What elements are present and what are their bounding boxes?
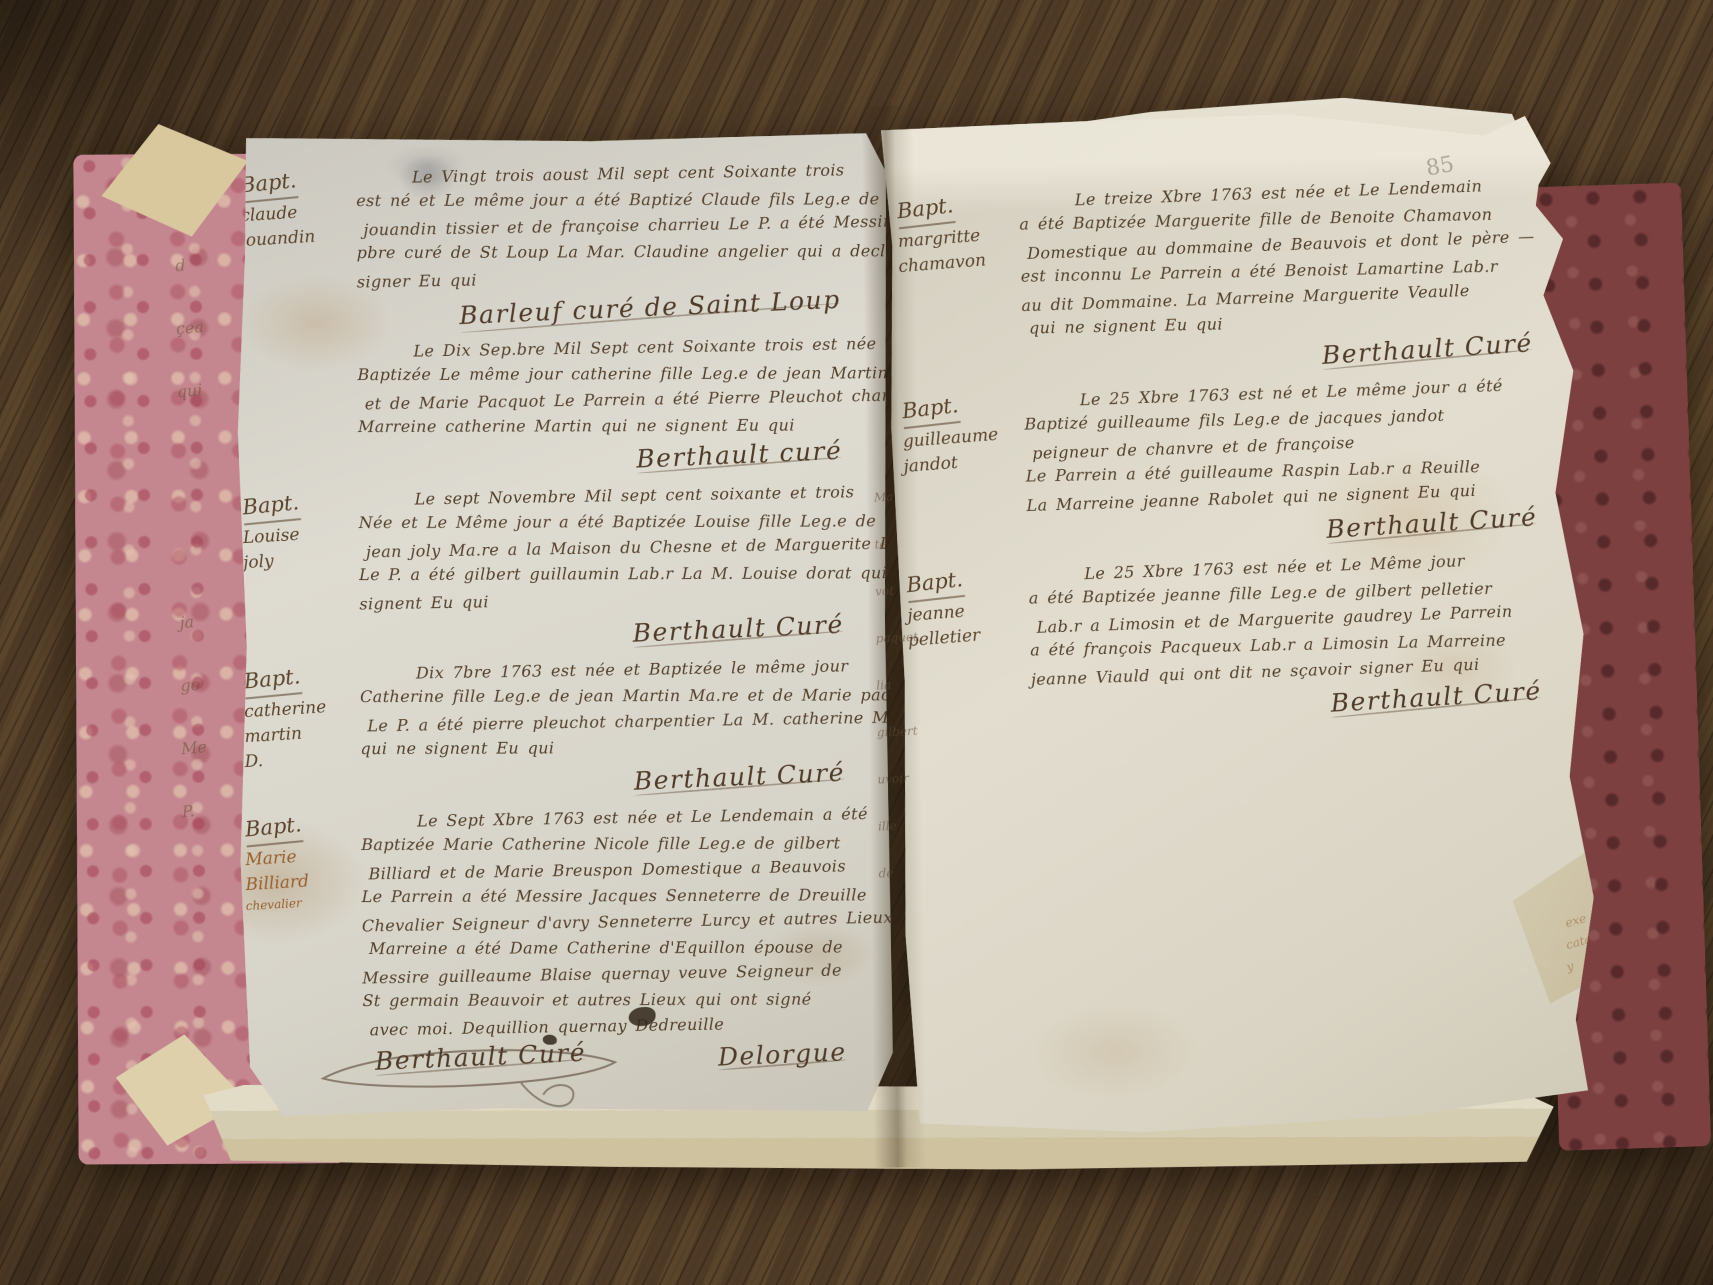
wooden-table: dçeaquijagoMeP. Bapt.claudejouandin Le V… bbox=[0, 0, 1713, 1285]
margin-label: Bapt. bbox=[241, 487, 300, 526]
record-lines: Le Vingt trois aoust Mil sept cent Soixa… bbox=[356, 159, 869, 293]
manuscript-line: Marreine catherine Martin qui ne signent… bbox=[358, 412, 870, 440]
record-body: Le 25 Xbre 1763 est né et Le même jour a… bbox=[1024, 373, 1566, 550]
record-body: Dix 7bre 1763 est née et Baptizée le mêm… bbox=[360, 655, 873, 796]
record-body: Le Dix Sep.bre Mil Sept cent Soixante tr… bbox=[357, 333, 870, 474]
record-margin-labels: Bapt.claudejouandin bbox=[240, 163, 357, 327]
baptism-record: Bapt.guilleaumejandot Le 25 Xbre 1763 es… bbox=[902, 373, 1566, 553]
record-lines: Dix 7bre 1763 est née et Baptizée le mêm… bbox=[360, 655, 873, 763]
ghost-fragment: go bbox=[180, 672, 237, 696]
stub-fragment: paquet bbox=[875, 629, 920, 645]
older-page-margin-fragments: dçeaquijagoMeP. bbox=[175, 254, 238, 820]
margin-label: Bapt. bbox=[243, 661, 302, 700]
signature-flourish bbox=[311, 1038, 632, 1119]
record-signatures: Berthault Curé bbox=[359, 611, 871, 648]
record-lines: Le 25 Xbre 1763 est née et Le Même joura… bbox=[1028, 547, 1569, 691]
record-signatures: Barleuf curé de Saint Loup bbox=[357, 289, 869, 326]
record-lines: Le Dix Sep.bre Mil Sept cent Soixante tr… bbox=[357, 333, 870, 441]
record-body: Le sept Novembre Mil sept cent soixante … bbox=[358, 481, 871, 648]
margin-label: Bapt. bbox=[244, 809, 303, 848]
record-body: Le 25 Xbre 1763 est née et Le Même joura… bbox=[1028, 547, 1570, 724]
parish-register-book: dçeaquijagoMeP. Bapt.claudejouandin Le V… bbox=[41, 88, 1675, 1234]
baptism-record: Bapt.Louisejoly Le sept Novembre Mil sep… bbox=[242, 481, 871, 649]
signature: Berthault Curé bbox=[633, 758, 845, 798]
record-lines: Le sept Novembre Mil sept cent soixante … bbox=[358, 481, 871, 615]
record-margin-labels bbox=[241, 337, 358, 475]
stub-fragment: te bbox=[874, 535, 919, 551]
record-margin-labels: Bapt.guilleaumejandot bbox=[902, 387, 1028, 553]
baptism-record: Le Dix Sep.bre Mil Sept cent Soixante tr… bbox=[241, 333, 870, 475]
stub-fragment: gilbert bbox=[877, 723, 922, 739]
left-records: Bapt.claudejouandin Le Vingt trois aoust… bbox=[240, 159, 875, 1075]
signature: Berthault Curé bbox=[1330, 676, 1543, 720]
margin-label: Bapt. bbox=[239, 165, 298, 204]
signature: Berthault Curé bbox=[1321, 328, 1534, 372]
signature: Berthault curé bbox=[636, 436, 843, 476]
record-lines: Le 25 Xbre 1763 est né et Le même jour a… bbox=[1024, 373, 1565, 517]
record-signatures: Berthault curé bbox=[358, 437, 870, 474]
stub-fragment: uvoir bbox=[877, 770, 922, 786]
right-records: Bapt.margrittechamavon Le treize Xbre 17… bbox=[897, 173, 1570, 727]
baptism-record: Bapt.claudejouandin Le Vingt trois aoust… bbox=[240, 159, 869, 327]
manuscript-line: qui ne signent Eu qui bbox=[360, 734, 872, 762]
baptism-record: Bapt.MarieBilliardchevalier Le Sept Xbre… bbox=[245, 803, 875, 1075]
left-page-content: Bapt.claudejouandin Le Vingt trois aoust… bbox=[230, 133, 894, 1116]
signature: Delorgue bbox=[718, 1037, 848, 1073]
record-body: Le Vingt trois aoust Mil sept cent Soixa… bbox=[356, 159, 869, 326]
record-margin-labels: Bapt.jeannepelletier bbox=[906, 561, 1032, 727]
stub-fragment: vot bbox=[875, 582, 920, 598]
left-page: Bapt.claudejouandin Le Vingt trois aoust… bbox=[230, 133, 894, 1116]
stub-fragment: lia bbox=[876, 676, 921, 692]
ghost-fragment: Me bbox=[180, 735, 237, 759]
record-signatures: Berthault Curé bbox=[361, 759, 873, 796]
faint-fragment: exe bbox=[1564, 910, 1593, 930]
ghost-fragment: P. bbox=[181, 798, 238, 822]
record-lines: Le treize Xbre 1763 est née et Le Lendem… bbox=[1018, 173, 1560, 343]
stub-fragment: Ma bbox=[874, 488, 919, 504]
record-margin-labels: Bapt.MarieBilliardchevalier bbox=[245, 807, 363, 1075]
right-page-content: 85 Bapt.margrittechamavon Le treize Xbre… bbox=[881, 107, 1606, 1138]
record-margin-labels: Bapt.catherinemartinD. bbox=[244, 659, 361, 797]
stub-fragment: de bbox=[878, 864, 923, 880]
baptism-record: Bapt.catherinemartinD. Dix 7bre 1763 est… bbox=[244, 655, 873, 797]
record-body: Le Sept Xbre 1763 est née et Le Lendemai… bbox=[361, 803, 875, 1074]
record-body: Le treize Xbre 1763 est née et Le Lendem… bbox=[1018, 173, 1561, 376]
ghost-fragment: d bbox=[174, 252, 231, 276]
signature: Berthault Curé bbox=[632, 610, 844, 650]
stub-fragment: ille bbox=[878, 817, 923, 833]
ghost-fragment: qui bbox=[176, 378, 233, 402]
torn-stub-fragments: Matevotpaquetliagilbertuvoirillede bbox=[874, 489, 923, 880]
signature: Berthault Curé bbox=[1325, 502, 1538, 546]
ghost-fragment: ja bbox=[179, 609, 236, 633]
ghost-fragment: çea bbox=[175, 315, 232, 339]
record-lines: Le Sept Xbre 1763 est née et Le Lendemai… bbox=[361, 803, 875, 1041]
right-page: 85 Bapt.margrittechamavon Le treize Xbre… bbox=[881, 107, 1606, 1138]
baptism-record: Bapt.jeannepelletier Le 25 Xbre 1763 est… bbox=[906, 547, 1570, 727]
record-margin-labels: Bapt.Louisejoly bbox=[242, 485, 359, 649]
baptism-record: Bapt.margrittechamavon Le treize Xbre 17… bbox=[897, 173, 1562, 379]
